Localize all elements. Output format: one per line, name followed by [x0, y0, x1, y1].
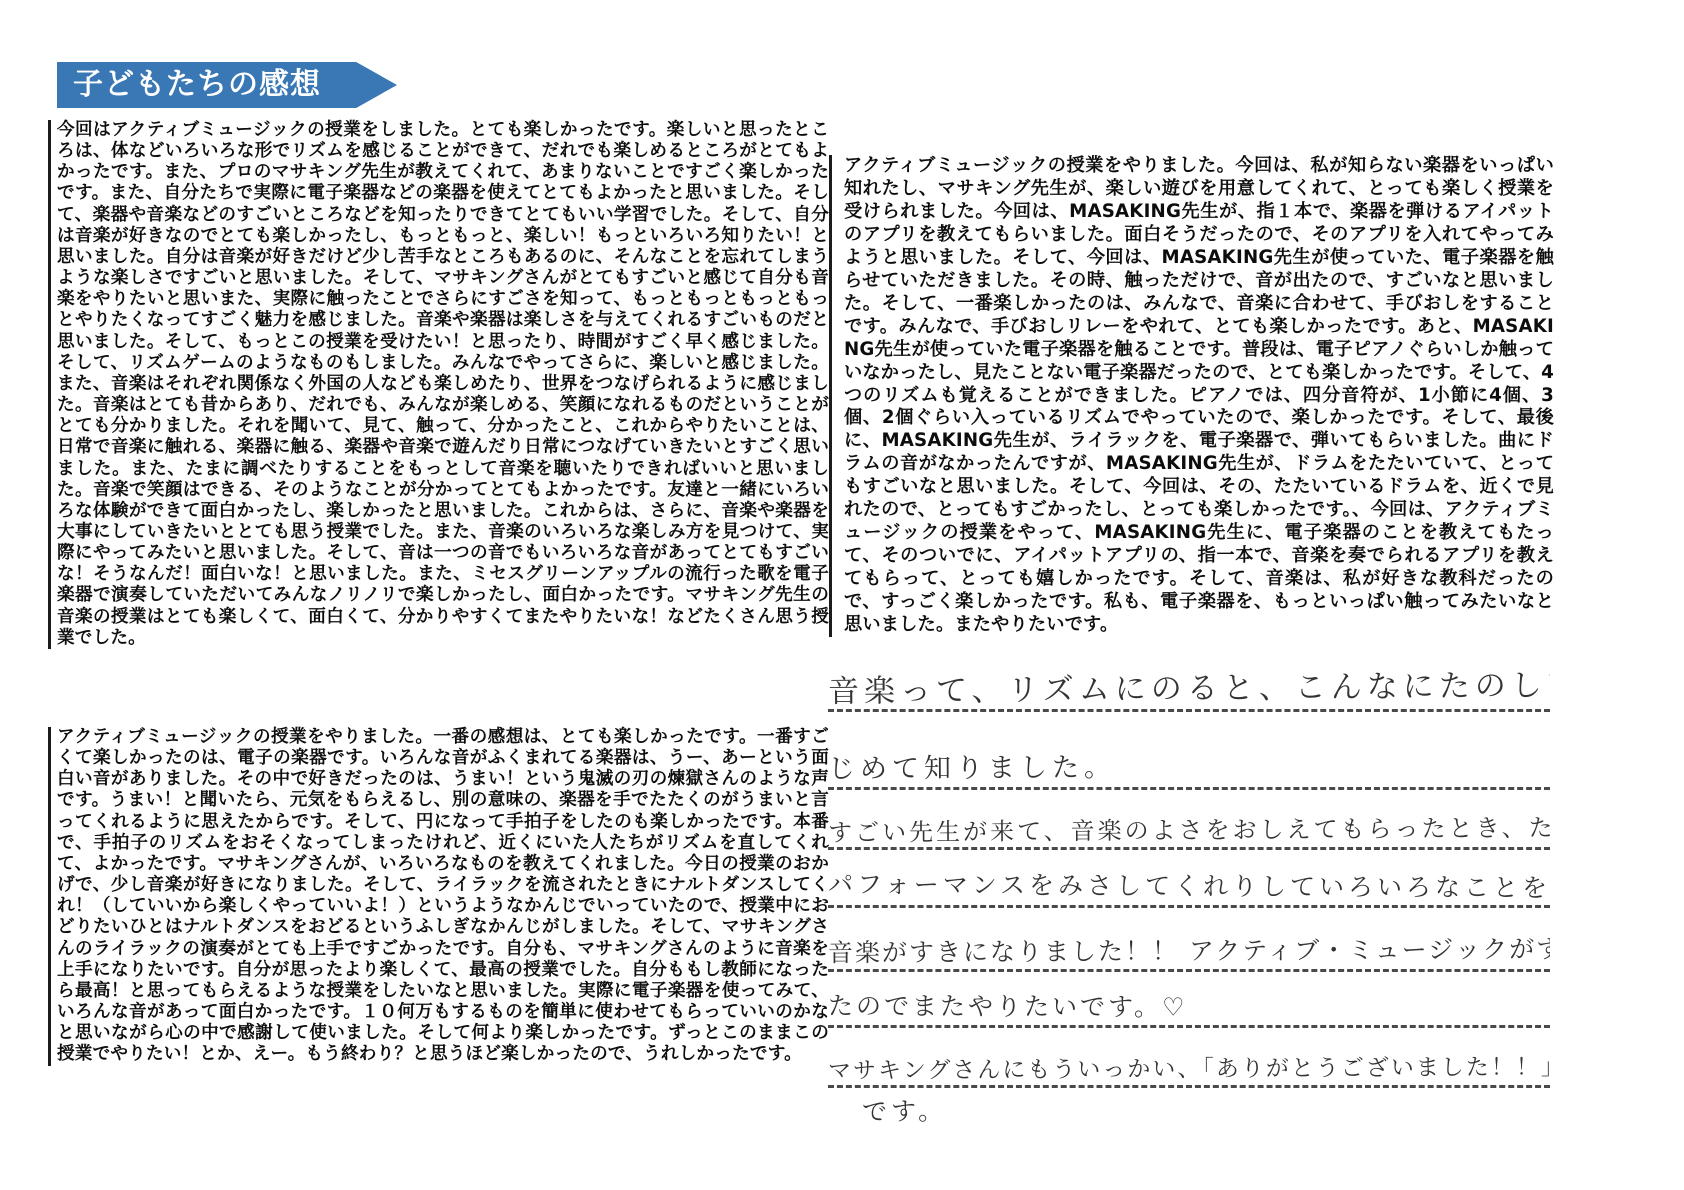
- handwritten-note: 音楽って、リズムにのると、こんなにたのしいことがは じめて知りました。 すごい先…: [828, 648, 1550, 1130]
- handwritten-line: パフォーマンスをみさしてくれりしていろいろなことをやったら…: [828, 850, 1550, 908]
- handwritten-text: 音楽がすきになりました！！ アクティブ・ミュージックがすごくたのしか: [828, 929, 1550, 970]
- handwritten-text: 音楽って、リズムにのると、こんなにたのしいことがは: [828, 658, 1550, 711]
- handwritten-line: 音楽って、リズムにのると、こんなにたのしいことがは: [828, 648, 1550, 712]
- feedback-paragraph-3: アクティブミュージックの授業をやりました。今回は、私が知らない楽器をいっぱい知れ…: [829, 155, 1554, 637]
- handwritten-text: です。: [828, 1091, 947, 1128]
- page-title: 子どもたちの感想: [57, 62, 321, 108]
- handwritten-text: マサキングさんにもういっかい、「ありがとうございました！！」がいいたい: [828, 1048, 1550, 1086]
- handwritten-text: パフォーマンスをみさしてくれりしていろいろなことをやったら…: [828, 865, 1550, 906]
- handwritten-text: すごい先生が来て、音楽のよさをおしえてもらったとき、たいけんや: [828, 807, 1550, 848]
- handwritten-line: じめて知りました。: [828, 712, 1550, 790]
- handwritten-line: 音楽がすきになりました！！ アクティブ・ミュージックがすごくたのしか: [828, 908, 1550, 972]
- handwritten-text: たのでまたやりたいです。♡: [828, 986, 1187, 1023]
- feedback-paragraph-2: アクティブミュージックの授業をやりました。一番の感想は、とても楽しかったです。一…: [48, 727, 829, 1066]
- handwritten-line: たのでまたやりたいです。♡: [828, 972, 1550, 1028]
- handwritten-text: じめて知りました。: [828, 745, 1116, 786]
- handwritten-line: マサキングさんにもういっかい、「ありがとうございました！！」がいいたい: [828, 1028, 1550, 1088]
- title-banner: 子どもたちの感想: [57, 62, 397, 108]
- scanned-feedback-page: 子どもたちの感想 今回はアクティブミュージックの授業をしました。とても楽しかった…: [0, 0, 1684, 1190]
- handwritten-line: すごい先生が来て、音楽のよさをおしえてもらったとき、たいけんや: [828, 790, 1550, 850]
- handwritten-line: です。: [828, 1088, 1550, 1130]
- feedback-paragraph-1: 今回はアクティブミュージックの授業をしました。とても楽しかったです。楽しいと思っ…: [48, 120, 829, 649]
